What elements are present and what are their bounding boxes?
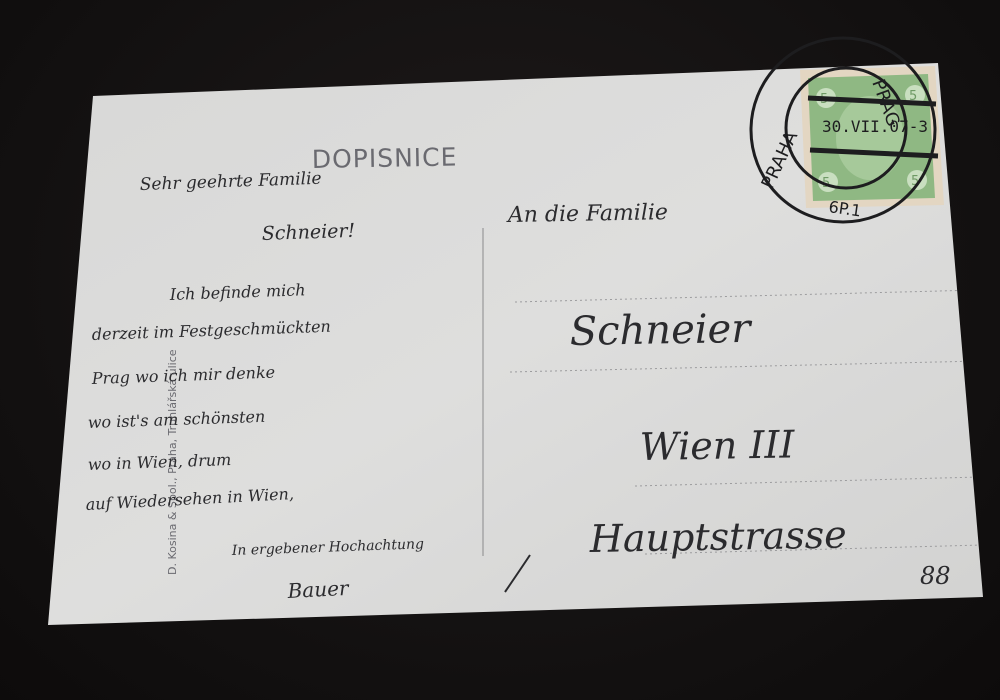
- svg-text:88: 88: [920, 562, 951, 590]
- svg-text:Bauer: Bauer: [286, 576, 351, 603]
- postcard-scene: DOPISNICE D. Kosina & Spol., Praha, Truh…: [0, 0, 1000, 700]
- printed-title: DOPISNICE: [312, 142, 458, 174]
- svg-text:30.VII.07-3: 30.VII.07-3: [822, 117, 928, 136]
- svg-text:Hauptstrasse: Hauptstrasse: [588, 513, 847, 561]
- svg-text:Wien III: Wien III: [639, 422, 795, 469]
- svg-text:Schneier!: Schneier!: [261, 220, 355, 245]
- svg-text:An die Familie: An die Familie: [506, 200, 668, 228]
- svg-text:Schneier: Schneier: [569, 306, 753, 355]
